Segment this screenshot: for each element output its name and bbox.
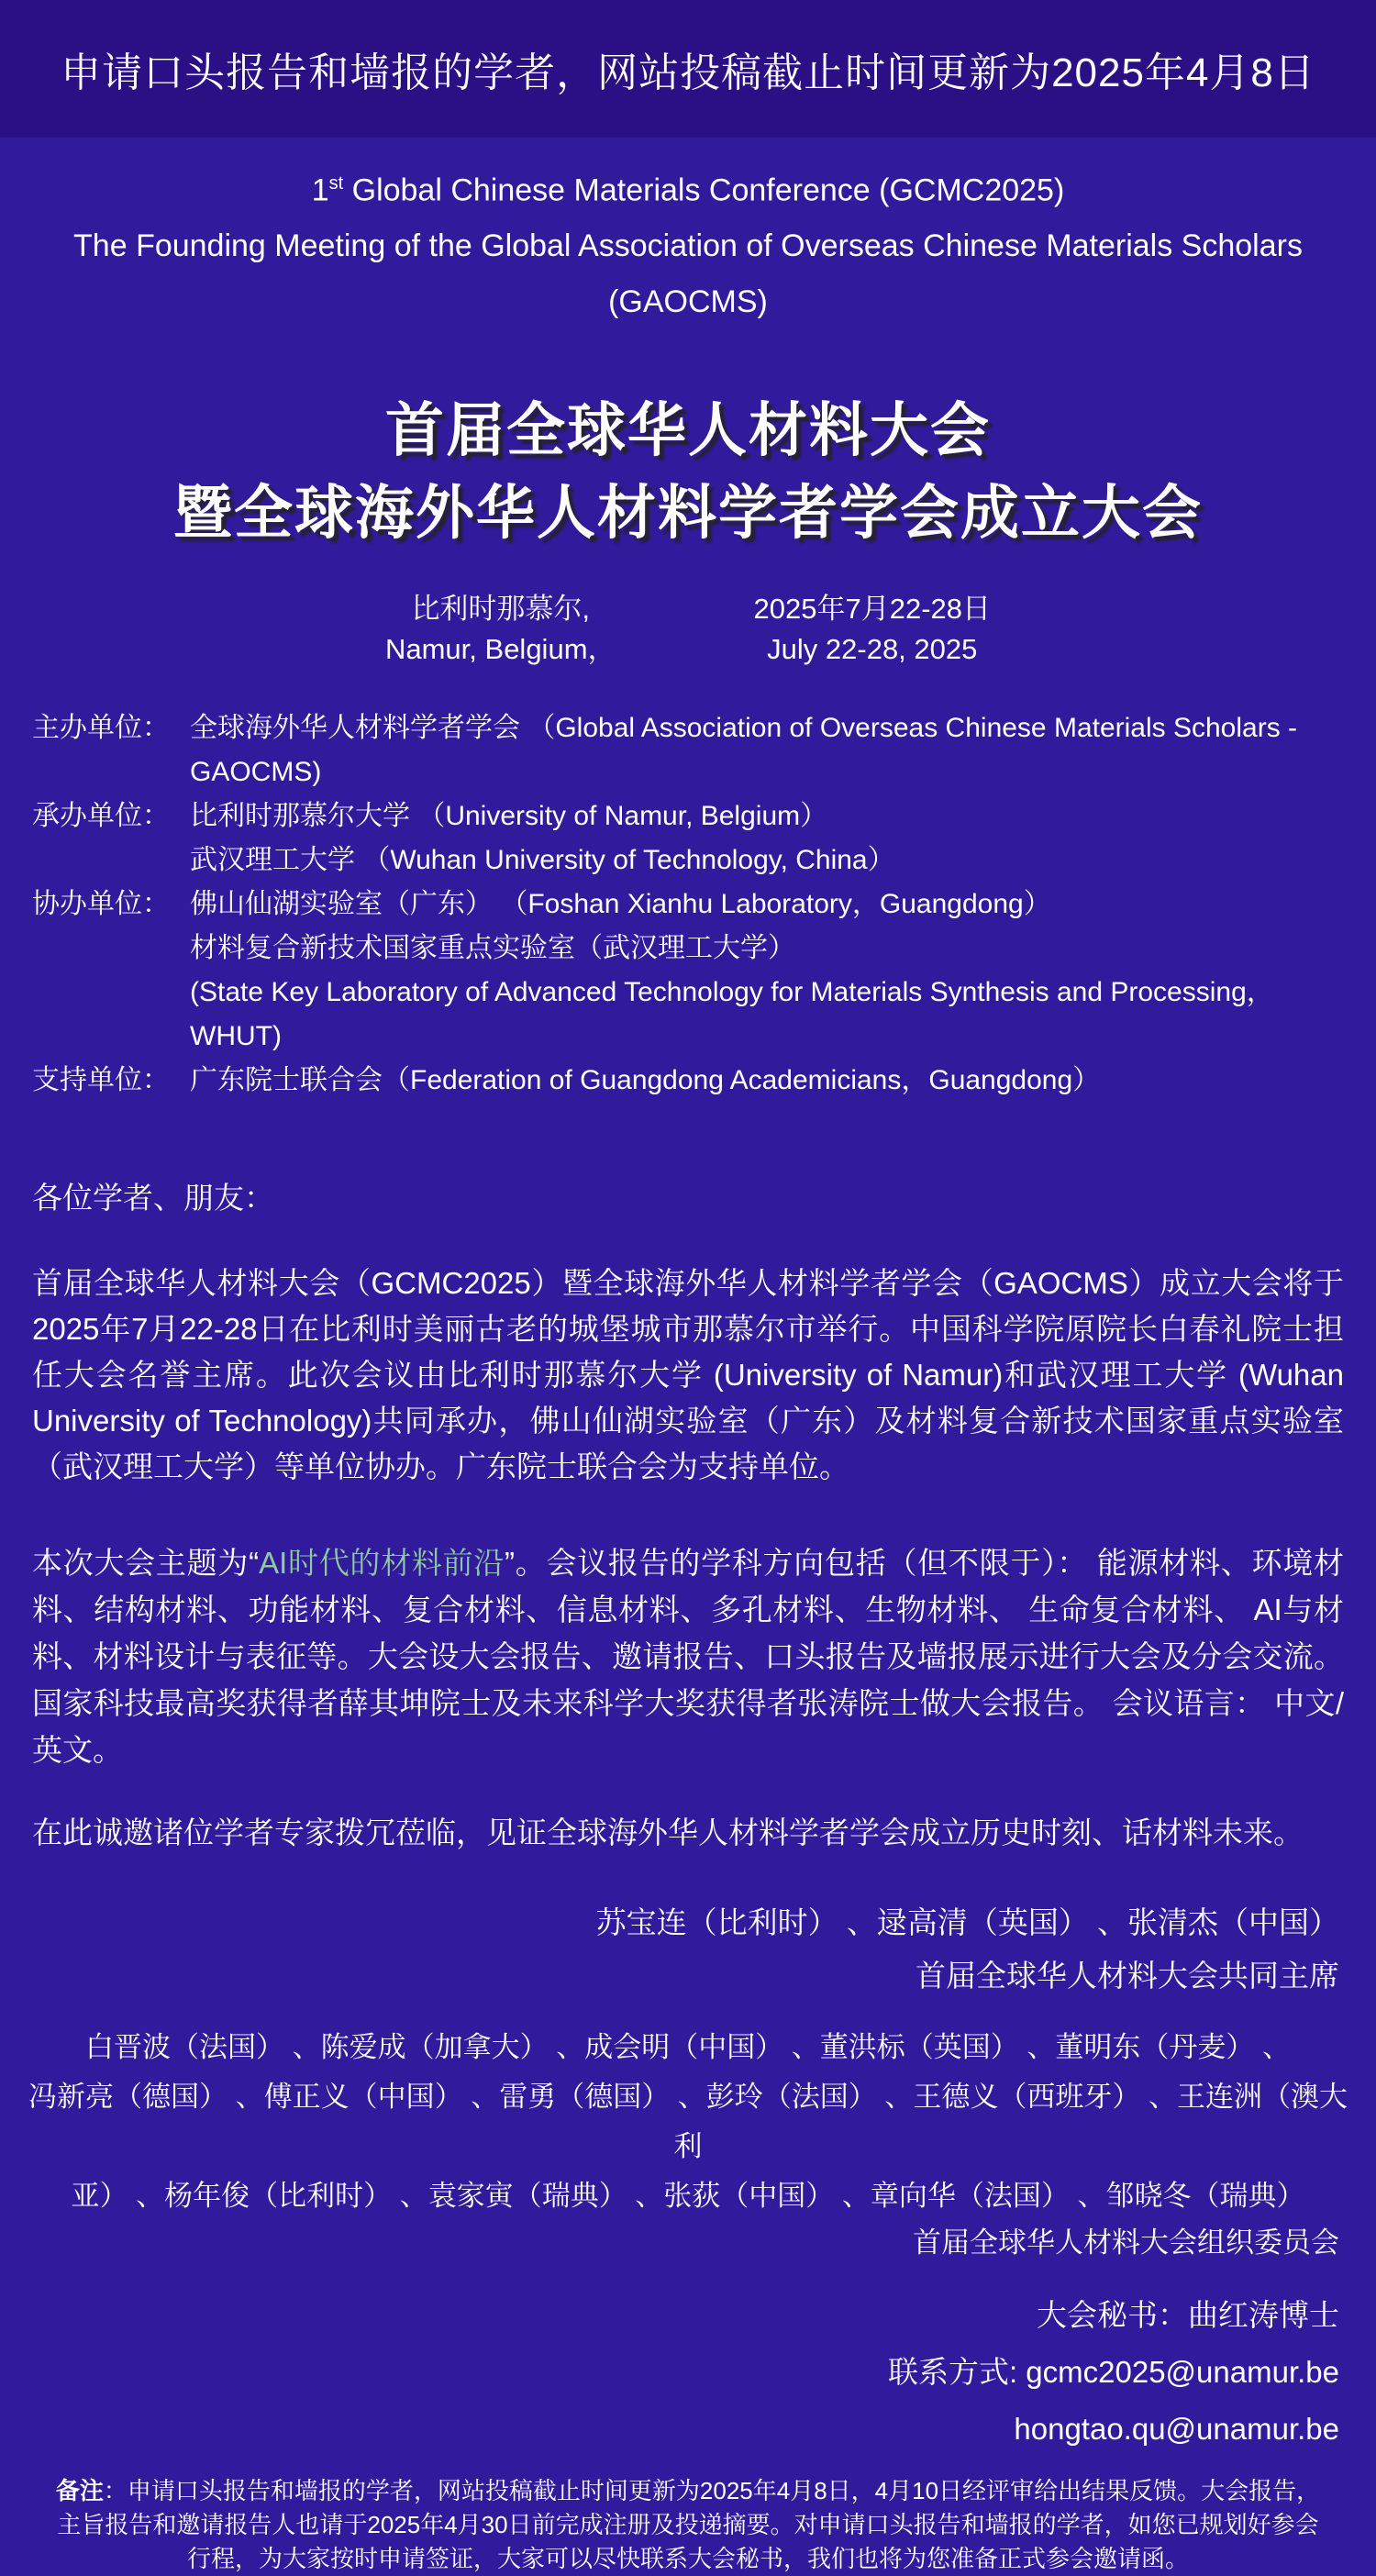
organizer-label: 主办单位： <box>32 706 190 750</box>
organizer-row-coorganizer: 协办单位： 佛山仙湖实验室（广东） （Foshan Xianhu Laborat… <box>32 883 1348 1059</box>
committee-line: 亚） 、杨年俊（比利时） 、袁家寅（瑞典） 、张荻（中国） 、章向华（法国） 、… <box>26 2171 1350 2221</box>
organizer-label: 协办单位： <box>32 883 190 927</box>
deadline-banner: 申请口头报告和墙报的学者，网站投稿截止时间更新为2025年4月8日 <box>0 0 1376 138</box>
venue-date-block: 比利时那慕尔, Namur, Belgium， 2025年7月22-28日 Ju… <box>0 589 1376 670</box>
organizer-line: 全球海外华人材料学者学会 （Global Association of Over… <box>190 706 1348 794</box>
footnote-label: 备注 <box>56 2477 104 2504</box>
main-title-line1: 首届全球华人材料大会 <box>0 389 1376 472</box>
ordinal-superscript: st <box>329 173 344 194</box>
chairs-names: 苏宝连（比利时） 、逯高清（英国） 、张清杰（中国） <box>0 1896 1339 1949</box>
paragraph-3: 在此诚邀诸位学者专家拨冗莅临，见证全球海外华人材料学者学会成立历史时刻、话材料未… <box>32 1810 1344 1856</box>
organizer-row-supporter: 支持单位： 广东院士联合会（Federation of Guangdong Ac… <box>32 1059 1348 1103</box>
organizer-row-undertaker: 承办单位： 比利时那慕尔大学 （University of Namur, Bel… <box>32 794 1348 883</box>
salutation: 各位学者、朋友： <box>32 1176 1344 1220</box>
main-title-line2: 暨全球海外华人材料学者学会成立大会 <box>0 472 1376 554</box>
committee-members: 白晋波（法国） 、陈爱成（加拿大） 、成会明（中国） 、董洪标（英国） 、董明东… <box>0 2023 1376 2221</box>
organizer-line: 广东院士联合会（Federation of Guangdong Academic… <box>190 1059 1348 1103</box>
organizer-line: 材料复合新技术国家重点实验室（武汉理工大学） <box>190 927 1348 971</box>
footnote: 备注：申请口头报告和墙报的学者，网站投稿截止时间更新为2025年4月8日，4月1… <box>0 2474 1376 2576</box>
english-title-line1: 1st Global Chinese Materials Conference … <box>0 156 1376 218</box>
invitation-letter: 各位学者、朋友： 首届全球华人材料大会（GCMC2025）暨全球海外华人材料学者… <box>0 1176 1376 1856</box>
venue-date-column: 2025年7月22-28日 July 22-28, 2025 <box>754 589 992 670</box>
organizers-block: 主办单位： 全球海外华人材料学者学会 （Global Association o… <box>0 706 1376 1103</box>
venue-place-cn: 比利时那慕尔, <box>385 589 616 629</box>
english-header: 1st Global Chinese Materials Conference … <box>0 156 1376 330</box>
venue-place-en: Namur, Belgium， <box>385 629 616 670</box>
conference-theme-highlight: AI时代的材料前沿 <box>259 1546 505 1580</box>
english-title-line2: The Founding Meeting of the Global Assoc… <box>0 218 1376 274</box>
organizer-line: 比利时那慕尔大学 （University of Namur, Belgium） <box>190 794 1348 838</box>
venue-date-cn: 2025年7月22-28日 <box>754 589 992 629</box>
secretary-contact-block: 大会秘书：曲红涛博士 联系方式: gcmc2025@unamur.be hong… <box>0 2293 1376 2452</box>
venue-place-column: 比利时那慕尔, Namur, Belgium， <box>385 589 616 670</box>
committee-title: 首届全球华人材料大会组织委员会 <box>0 2221 1376 2265</box>
footnote-text: ：申请口头报告和墙报的学者，网站投稿截止时间更新为2025年4月8日，4月10日… <box>57 2477 1320 2572</box>
organizer-line: (State Key Laboratory of Advanced Techno… <box>190 971 1348 1059</box>
secretary-name: 大会秘书：曲红涛博士 <box>0 2293 1339 2338</box>
organizer-line: 武汉理工大学 （Wuhan University of Technology, … <box>190 838 1348 883</box>
chairs-title: 首届全球华人材料大会共同主席 <box>0 1949 1339 2003</box>
main-title-cn: 首届全球华人材料大会 暨全球海外华人材料学者学会成立大会 <box>0 389 1376 554</box>
english-title-line3: (GAOCMS) <box>0 274 1376 330</box>
organizer-row-host: 主办单位： 全球海外华人材料学者学会 （Global Association o… <box>32 706 1348 794</box>
conference-poster: 申请口头报告和墙报的学者，网站投稿截止时间更新为2025年4月8日 1st Gl… <box>0 0 1376 2576</box>
venue-date-en: July 22-28, 2025 <box>754 629 992 670</box>
committee-line: 白晋波（法国） 、陈爱成（加拿大） 、成会明（中国） 、董洪标（英国） 、董明东… <box>26 2023 1350 2072</box>
contact-email-secondary: hongtao.qu@unamur.be <box>0 2406 1339 2452</box>
paragraph-2: 本次大会主题为“AI时代的材料前沿”。会议报告的学科方向包括（但不限于）： 能源… <box>32 1539 1344 1773</box>
organizer-label: 承办单位： <box>32 794 190 838</box>
deadline-banner-text: 申请口头报告和墙报的学者，网站投稿截止时间更新为2025年4月8日 <box>61 39 1315 98</box>
organizer-line: 佛山仙湖实验室（广东） （Foshan Xianhu Laboratory，Gu… <box>190 883 1348 927</box>
organizer-label: 支持单位： <box>32 1059 190 1103</box>
committee-line: 冯新亮（德国） 、傅正义（中国） 、雷勇（德国） 、彭玲（法国） 、王德义（西班… <box>26 2072 1350 2171</box>
chairs-block: 苏宝连（比利时） 、逯高清（英国） 、张清杰（中国） 首届全球华人材料大会共同主… <box>0 1896 1376 2003</box>
contact-email-primary: 联系方式: gcmc2025@unamur.be <box>0 2349 1339 2395</box>
paragraph-1: 首届全球华人材料大会（GCMC2025）暨全球海外华人材料学者学会（GAOCMS… <box>32 1260 1344 1490</box>
